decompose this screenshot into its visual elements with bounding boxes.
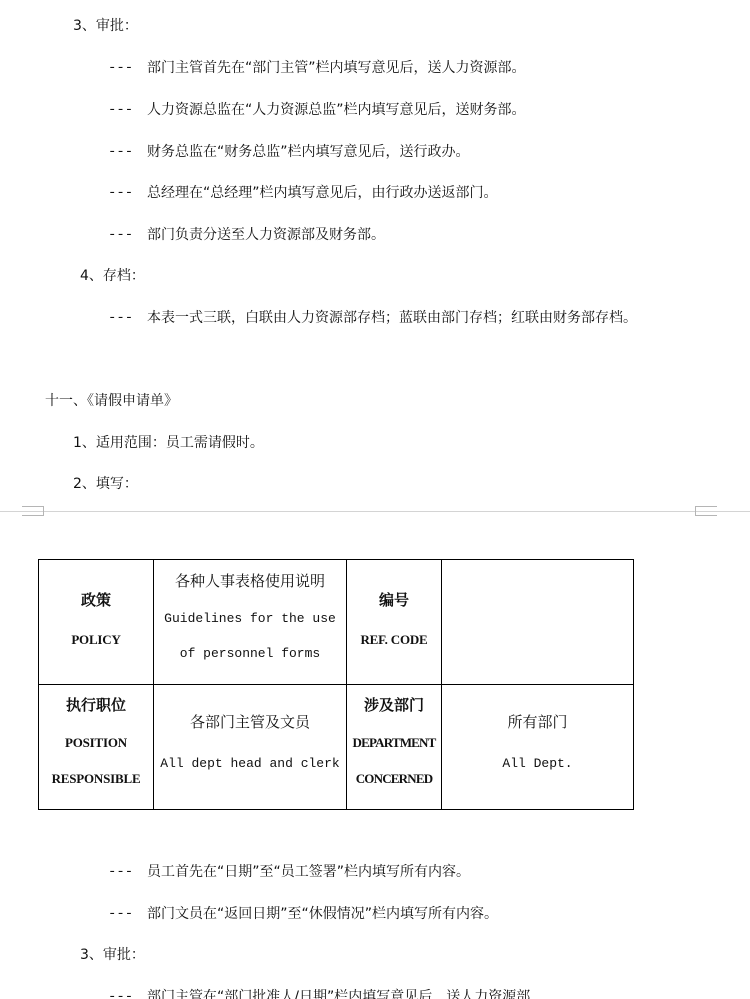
approval-item: 总经理在“总经理”栏内填写意见后，由行政办送返部门。 (147, 184, 498, 202)
approval-item-11: 部门主管在“部门批准人/日期”栏内填写意见后，送人力资源部 (147, 988, 530, 999)
ref-code-label-en: REF. CODE (360, 632, 427, 648)
table-row: 执行职位 POSITION RESPONSIBLE 各部门主管及文员 All d… (39, 685, 634, 810)
approval-item: 部门主管首先在“部门主管”栏内填写意见后，送人力资源部。 (147, 59, 526, 77)
dash-marker: --- (108, 184, 133, 202)
approval-item: 财务总监在“财务总监”栏内填写意见后，送行政办。 (147, 143, 470, 161)
archive-heading: 4、存档： (80, 267, 145, 285)
fill-item: 部门文员在“返回日期”至“休假情况”栏内填写所有内容。 (147, 905, 498, 923)
section-title: 十一、《请假申请单》 (45, 392, 178, 410)
dash-marker: --- (108, 59, 133, 77)
position-label-cell: 执行职位 POSITION RESPONSIBLE (39, 685, 154, 810)
page-break-divider (0, 511, 750, 512)
policy-value-cell: 各种人事表格使用说明 Guidelines for the use of per… (154, 560, 347, 685)
document-header-table: 政策 POLICY 各种人事表格使用说明 Guidelines for the … (38, 559, 634, 810)
dash-marker: --- (108, 101, 133, 119)
department-label-en-1: DEPARTMENT (352, 735, 435, 751)
policy-label-cell: 政策 POLICY (39, 560, 154, 685)
approval-heading: 3、审批： (73, 17, 138, 35)
department-value-cell: 所有部门 All Dept. (442, 685, 634, 810)
department-label-cell: 涉及部门 DEPARTMENT CONCERNED (347, 685, 442, 810)
department-value-en: All Dept. (502, 756, 572, 771)
table-row: 政策 POLICY 各种人事表格使用说明 Guidelines for the … (39, 560, 634, 685)
archive-item: 本表一式三联，白联由人力资源部存档；蓝联由部门存档；红联由财务部存档。 (147, 309, 637, 327)
position-value-en: All dept head and clerk (160, 756, 339, 771)
position-label-en-1: POSITION (65, 735, 127, 751)
approval-item: 人力资源总监在“人力资源总监”栏内填写意见后，送财务部。 (147, 101, 526, 119)
policy-label-cn: 政策 (81, 589, 111, 610)
policy-label-en: POLICY (71, 632, 120, 648)
approval-heading-11: 3、审批： (80, 946, 145, 964)
ref-code-label-cell: 编号 REF. CODE (347, 560, 442, 685)
dash-marker: --- (108, 309, 133, 327)
ref-code-value-cell (442, 560, 634, 685)
position-label-en-2: RESPONSIBLE (52, 771, 141, 787)
page-corner-mark-right (695, 506, 717, 516)
dash-marker: --- (108, 226, 133, 244)
position-value-cn: 各部门主管及文员 (190, 711, 310, 732)
position-value-cell: 各部门主管及文员 All dept head and clerk (154, 685, 347, 810)
dash-marker: --- (108, 143, 133, 161)
page-corner-mark-left (22, 506, 44, 516)
position-label-cn: 执行职位 (66, 694, 126, 715)
department-label-en-2: CONCERNED (356, 771, 433, 787)
fill-item: 员工首先在“日期”至“员工签署”栏内填写所有内容。 (147, 863, 470, 881)
scope-line: 1、适用范围：员工需请假时。 (73, 434, 264, 452)
approval-item: 部门负责分送至人力资源部及财务部。 (147, 226, 385, 244)
dash-marker: --- (108, 905, 133, 923)
department-value-cn: 所有部门 (507, 711, 567, 732)
dash-marker: --- (108, 988, 133, 999)
ref-code-label-cn: 编号 (379, 589, 409, 610)
policy-value-cn: 各种人事表格使用说明 (175, 570, 325, 591)
fill-heading: 2、填写： (73, 475, 138, 493)
policy-value-en-2: of personnel forms (180, 646, 320, 661)
department-label-cn: 涉及部门 (364, 694, 424, 715)
dash-marker: --- (108, 863, 133, 881)
policy-value-en-1: Guidelines for the use (164, 611, 336, 626)
